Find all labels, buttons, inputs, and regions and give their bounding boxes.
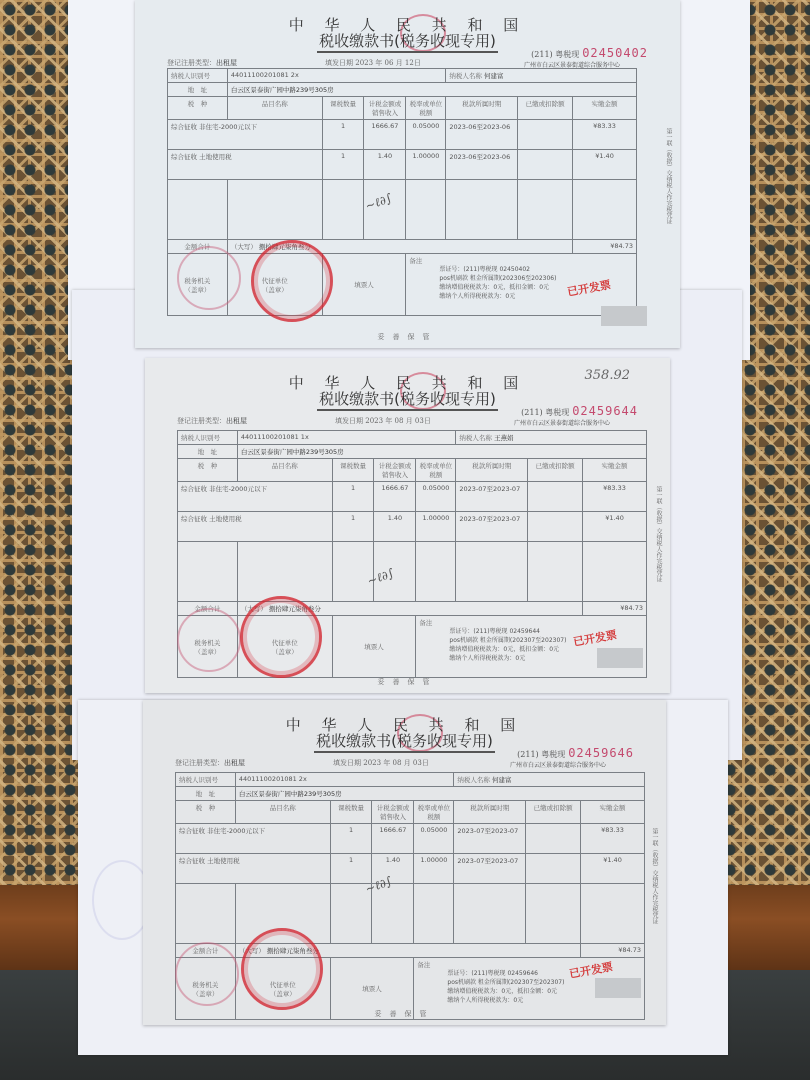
tax-receipt-2: 中 华 人 民 共 和 国 税收缴款书(税务收现专用) 358.92 (211)… bbox=[145, 358, 670, 693]
handwritten-note: 358.92 bbox=[585, 368, 631, 383]
address-row: 地 址 白云区景泰街广园中路239号305房 bbox=[168, 83, 637, 97]
serial-prefix: (211) 粤税现 bbox=[517, 750, 565, 759]
column-header: 已缴或扣除额 bbox=[526, 801, 581, 824]
paid-amount: ¥1.40 bbox=[581, 854, 645, 884]
reg-type-value: 出租屋 bbox=[216, 59, 237, 67]
year-label: 年 bbox=[375, 59, 382, 67]
tax-item-name: 综合征收 非住宅-2000元以下 bbox=[168, 120, 323, 150]
month-label: 月 bbox=[404, 759, 411, 767]
taxpayer-name-value: 何建富 bbox=[484, 72, 504, 80]
taxpayer-id-label: 纳税人识别号 bbox=[168, 69, 228, 83]
taxpayer-row: 纳税人识别号 44011100201081 2x 纳税人名称 何建富 bbox=[176, 773, 645, 787]
deducted-amount bbox=[518, 120, 573, 150]
receipt-title-text: 税收缴款书(税务收现专用) bbox=[314, 732, 495, 753]
column-header: 课税数量 bbox=[330, 801, 372, 824]
taxable-qty: 1 bbox=[330, 854, 372, 884]
taxpayer-id-label: 纳税人识别号 bbox=[178, 431, 238, 445]
tax-base: 1666.67 bbox=[374, 482, 416, 512]
tax-office-stamp bbox=[175, 942, 239, 1006]
taxpayer-name-cell: 纳税人名称 何建富 bbox=[454, 773, 645, 787]
column-header: 税 种 bbox=[178, 459, 238, 482]
total-amount: ¥84.73 bbox=[573, 240, 637, 254]
column-header: 课税数量 bbox=[332, 459, 374, 482]
registration-type: 登记注册类型：出租屋 bbox=[175, 758, 245, 768]
total-amount: ¥84.73 bbox=[581, 944, 645, 958]
taxpayer-id-value: 44011100201081 2x bbox=[235, 773, 454, 787]
fill-date-label: 填发日期 bbox=[335, 417, 363, 425]
column-header: 税 种 bbox=[168, 97, 228, 120]
paid-amount: ¥1.40 bbox=[583, 512, 647, 542]
receipt-title-text: 税收缴款书(税务收现专用) bbox=[317, 390, 498, 411]
tax-item-row: 综合征收 非住宅-2000元以下11666.670.050002023-07至2… bbox=[178, 482, 647, 512]
fill-day: 03 bbox=[413, 759, 422, 767]
column-header: 品目名称 bbox=[237, 459, 332, 482]
filler-cell: 填票人 bbox=[332, 616, 416, 678]
fill-day: 12 bbox=[405, 59, 414, 67]
deducted-amount bbox=[528, 482, 583, 512]
taxpayer-name-cell: 纳税人名称 王燕娟 bbox=[456, 431, 647, 445]
column-header-row: 税 种品目名称课税数量计税金额或销售收入税率或单位税额税款所属时期已缴或扣除额实… bbox=[176, 801, 645, 824]
remarks-label: 备注 bbox=[409, 256, 633, 265]
tax-period: 2023-06至2023-06 bbox=[446, 120, 518, 150]
day-label: 日 bbox=[424, 417, 431, 425]
column-header: 品目名称 bbox=[235, 801, 330, 824]
agent-stamp bbox=[241, 928, 323, 1010]
reg-type-label: 登记注册类型： bbox=[177, 417, 226, 425]
column-header: 课税数量 bbox=[322, 97, 364, 120]
column-header: 实缴金额 bbox=[573, 97, 637, 120]
remarks-label: 备注 bbox=[419, 618, 643, 627]
column-header: 税率或单位税额 bbox=[406, 97, 446, 120]
redacted-area bbox=[595, 978, 641, 998]
taxpayer-id-value: 44011100201081 2x bbox=[227, 69, 446, 83]
remark-line: 票证号：(211)粤税现 02450402 bbox=[439, 265, 633, 274]
fill-month: 08 bbox=[393, 759, 402, 767]
tax-item-row: 综合征收 土地使用税11.401.000002023-07至2023-07¥1.… bbox=[178, 512, 647, 542]
serial-number: (211) 粤税现02459644 bbox=[521, 404, 638, 418]
column-header: 品目名称 bbox=[227, 97, 322, 120]
tax-period: 2023-07至2023-07 bbox=[456, 512, 528, 542]
taxpayer-name-cell: 纳税人名称 何建富 bbox=[446, 69, 637, 83]
taxpayer-row: 纳税人识别号 44011100201081 2x 纳税人名称 何建富 bbox=[168, 69, 637, 83]
column-header: 实缴金额 bbox=[583, 459, 647, 482]
column-header: 计税金额或销售收入 bbox=[364, 97, 406, 120]
deducted-amount bbox=[526, 854, 581, 884]
tax-item-name: 综合征收 土地使用税 bbox=[178, 512, 333, 542]
column-header: 税款所属时期 bbox=[446, 97, 518, 120]
taxpayer-row: 纳税人识别号 44011100201081 1x 纳税人名称 王燕娟 bbox=[178, 431, 647, 445]
registration-type: 登记注册类型：出租屋 bbox=[177, 416, 247, 426]
tax-item-row: 综合征收 土地使用税11.401.000002023-07至2023-07¥1.… bbox=[176, 854, 645, 884]
tax-rate: 1.00000 bbox=[416, 512, 456, 542]
tax-item-row: 综合征收 非住宅-2000元以下11666.670.050002023-07至2… bbox=[176, 824, 645, 854]
column-header: 税款所属时期 bbox=[456, 459, 528, 482]
tax-receipt-3: 中 华 人 民 共 和 国 税收缴款书(税务收现专用) (211) 粤税现024… bbox=[143, 700, 666, 1025]
issuing-agency: 广州市白云区景泰街道综合服务中心 bbox=[510, 760, 606, 769]
keep-safe-note: 妥善保管 bbox=[143, 1009, 666, 1019]
serial-number: (211) 粤税现02450402 bbox=[531, 46, 648, 60]
issuing-agency: 广州市白云区景泰街道综合服务中心 bbox=[514, 418, 610, 427]
address-label: 地 址 bbox=[168, 83, 228, 97]
column-header-row: 税 种品目名称课税数量计税金额或销售收入税率或单位税额税款所属时期已缴或扣除额实… bbox=[168, 97, 637, 120]
tax-item-row: 综合征收 非住宅-2000元以下11666.670.050002023-06至2… bbox=[168, 120, 637, 150]
serial-value: 02459644 bbox=[572, 404, 638, 418]
copy-note: 第一联（收据）交纳税人作完税凭证 bbox=[648, 828, 658, 924]
taxpayer-name-value: 王燕娟 bbox=[494, 434, 514, 442]
redacted-area bbox=[601, 306, 647, 326]
tax-item-row: 综合征收 土地使用税11.401.000002023-06至2023-06¥1.… bbox=[168, 150, 637, 180]
keep-safe-note: 妥善保管 bbox=[135, 332, 680, 342]
fill-date: 填发日期 2023 年 06 月 12日 bbox=[325, 58, 421, 68]
fill-month: 06 bbox=[385, 59, 394, 67]
day-label: 日 bbox=[422, 759, 429, 767]
taxpayer-name-value: 何建富 bbox=[492, 776, 512, 784]
fill-day: 03 bbox=[415, 417, 424, 425]
tax-item-name: 综合征收 土地使用税 bbox=[176, 854, 331, 884]
reg-type-value: 出租屋 bbox=[226, 417, 247, 425]
tax-base: 1.40 bbox=[364, 150, 406, 180]
tax-office-stamp bbox=[177, 246, 241, 310]
tax-base: 1.40 bbox=[374, 512, 416, 542]
keep-safe-note: 妥善保管 bbox=[145, 677, 670, 687]
address-label: 地 址 bbox=[178, 445, 238, 459]
reg-type-label: 登记注册类型： bbox=[175, 759, 224, 767]
month-label: 月 bbox=[396, 59, 403, 67]
agent-stamp bbox=[251, 240, 333, 322]
tax-base: 1666.67 bbox=[364, 120, 406, 150]
month-label: 月 bbox=[406, 417, 413, 425]
tax-rate: 0.05000 bbox=[414, 824, 454, 854]
taxpayer-name-label: 纳税人名称 bbox=[457, 776, 490, 784]
taxpayer-id-value: 44011100201081 1x bbox=[237, 431, 456, 445]
tax-item-name: 综合征收 非住宅-2000元以下 bbox=[176, 824, 331, 854]
column-header: 计税金额或销售收入 bbox=[372, 801, 414, 824]
agent-stamp bbox=[240, 596, 322, 678]
fill-year: 2023 bbox=[355, 59, 373, 67]
year-label: 年 bbox=[383, 759, 390, 767]
total-amount: ¥84.73 bbox=[583, 602, 647, 616]
taxpayer-name-label: 纳税人名称 bbox=[459, 434, 492, 442]
tax-office-stamp bbox=[177, 608, 241, 672]
tax-receipt-1: 中 华 人 民 共 和 国 税收缴款书(税务收现专用) (211) 粤税现024… bbox=[135, 0, 680, 348]
tax-rate: 1.00000 bbox=[414, 854, 454, 884]
serial-value: 02459646 bbox=[568, 746, 634, 760]
paid-amount: ¥83.33 bbox=[581, 824, 645, 854]
registration-type: 登记注册类型：出租屋 bbox=[167, 58, 237, 68]
receipt-title-text: 税收缴款书(税务收现专用) bbox=[317, 32, 498, 53]
deducted-amount bbox=[518, 150, 573, 180]
address-row: 地 址 白云区景泰街广园中路239号305房 bbox=[176, 787, 645, 801]
taxable-qty: 1 bbox=[322, 150, 364, 180]
serial-number: (211) 粤税现02459646 bbox=[517, 746, 634, 760]
serial-prefix: (211) 粤税现 bbox=[531, 50, 579, 59]
fill-year: 2023 bbox=[365, 417, 383, 425]
tax-period: 2023-07至2023-07 bbox=[454, 854, 526, 884]
filler-cell: 填票人 bbox=[322, 254, 406, 316]
taxable-qty: 1 bbox=[330, 824, 372, 854]
blank-row bbox=[168, 180, 637, 240]
fill-date-label: 填发日期 bbox=[325, 59, 353, 67]
tax-rate: 1.00000 bbox=[406, 150, 446, 180]
taxpayer-id-label: 纳税人识别号 bbox=[176, 773, 236, 787]
year-label: 年 bbox=[385, 417, 392, 425]
column-header-row: 税 种品目名称课税数量计税金额或销售收入税率或单位税额税款所属时期已缴或扣除额实… bbox=[178, 459, 647, 482]
tax-rate: 0.05000 bbox=[416, 482, 456, 512]
tax-item-name: 综合征收 土地使用税 bbox=[168, 150, 323, 180]
paid-amount: ¥83.33 bbox=[573, 120, 637, 150]
fill-date: 填发日期 2023 年 08 月 03日 bbox=[333, 758, 429, 768]
serial-value: 02450402 bbox=[582, 46, 648, 60]
tax-item-name: 综合征收 非住宅-2000元以下 bbox=[178, 482, 333, 512]
redacted-area bbox=[597, 648, 643, 668]
taxable-qty: 1 bbox=[322, 120, 364, 150]
fill-year: 2023 bbox=[363, 759, 381, 767]
column-header: 实缴金额 bbox=[581, 801, 645, 824]
deducted-amount bbox=[526, 824, 581, 854]
deducted-amount bbox=[528, 512, 583, 542]
tax-period: 2023-06至2023-06 bbox=[446, 150, 518, 180]
column-header: 税率或单位税额 bbox=[414, 801, 454, 824]
reg-type-label: 登记注册类型： bbox=[167, 59, 216, 67]
total-upper-prefix: （大写） bbox=[231, 243, 257, 251]
blank-row bbox=[178, 542, 647, 602]
column-header: 计税金额或销售收入 bbox=[374, 459, 416, 482]
address-value: 白云区景泰街广园中路239号305房 bbox=[235, 787, 644, 801]
tax-rate: 0.05000 bbox=[406, 120, 446, 150]
total-row: 金额合计 （大写） 捌拾肆元柒角叁分 ¥84.73 bbox=[168, 240, 637, 254]
copy-note: 第一联（收据）交纳税人作完税凭证 bbox=[652, 486, 662, 582]
fill-date-label: 填发日期 bbox=[333, 759, 361, 767]
fill-date: 填发日期 2023 年 08 月 03日 bbox=[335, 416, 431, 426]
paid-amount: ¥83.33 bbox=[583, 482, 647, 512]
address-label: 地 址 bbox=[176, 787, 236, 801]
taxable-qty: 1 bbox=[332, 482, 374, 512]
taxpayer-name-label: 纳税人名称 bbox=[449, 72, 482, 80]
address-value: 白云区景泰街广园中路239号305房 bbox=[237, 445, 646, 459]
copy-note: 第一联（收据）交纳税人作完税凭证 bbox=[662, 128, 672, 224]
reg-type-value: 出租屋 bbox=[224, 759, 245, 767]
remarks-cell: 备注 票证号：(211)粤税现 02459644pos机刷款 租金所属期(202… bbox=[416, 616, 647, 678]
column-header: 已缴或扣除额 bbox=[518, 97, 573, 120]
fill-month: 08 bbox=[395, 417, 404, 425]
taxable-qty: 1 bbox=[332, 512, 374, 542]
day-label: 日 bbox=[414, 59, 421, 67]
tax-period: 2023-07至2023-07 bbox=[456, 482, 528, 512]
blank-row bbox=[176, 884, 645, 944]
tax-period: 2023-07至2023-07 bbox=[454, 824, 526, 854]
column-header: 已缴或扣除额 bbox=[528, 459, 583, 482]
address-value: 白云区景泰街广园中路239号305房 bbox=[227, 83, 636, 97]
paid-amount: ¥1.40 bbox=[573, 150, 637, 180]
column-header: 税 种 bbox=[176, 801, 236, 824]
serial-prefix: (211) 粤税现 bbox=[521, 408, 569, 417]
tax-base: 1666.67 bbox=[372, 824, 414, 854]
column-header: 税率或单位税额 bbox=[416, 459, 456, 482]
address-row: 地 址 白云区景泰街广园中路239号305房 bbox=[178, 445, 647, 459]
column-header: 税款所属时期 bbox=[454, 801, 526, 824]
